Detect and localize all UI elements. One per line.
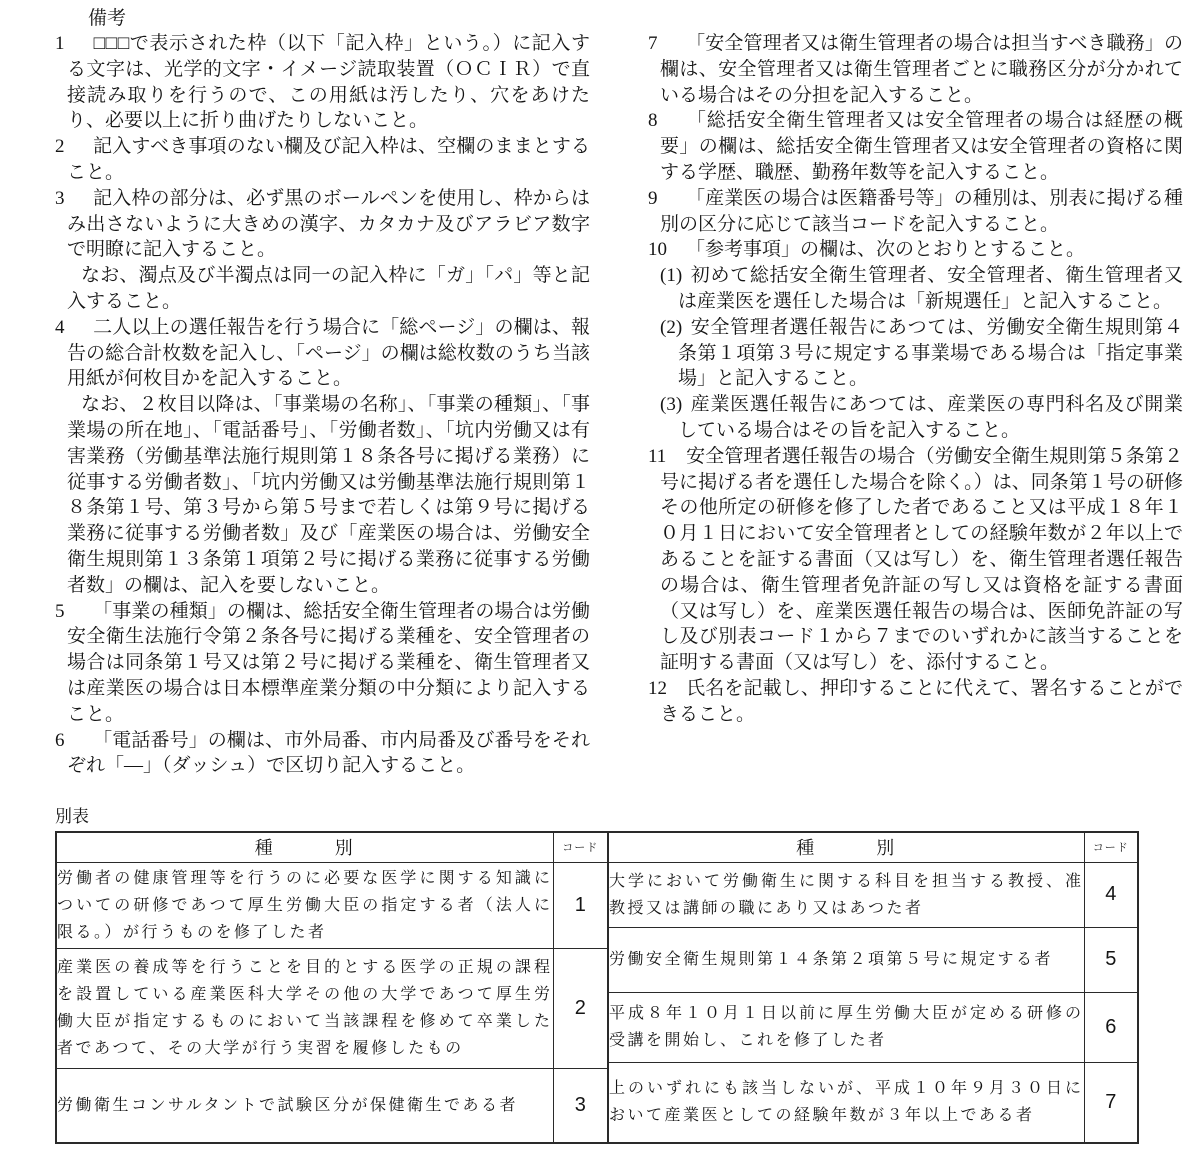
item-number: 2	[55, 134, 93, 160]
note-item-1: 1□□□で表示された枠（以下「記入枠」という。）に記入する文字は、光学的文字・イ…	[55, 31, 590, 134]
appendix-tables: 種 別 コード 労働者の健康管理等を行うのに必要な医学に関する知識についての研修…	[55, 831, 1183, 1144]
item-number: 5	[55, 599, 93, 625]
type-cell: 労働者の健康管理等を行うのに必要な医学に関する知識についての研修であつて厚生労働…	[56, 862, 553, 948]
note-paragraph: 4二人以上の選任報告を行う場合に「総ページ」の欄は、報告の総合計枚数を記入し、「…	[67, 315, 590, 392]
code-cell: 2	[553, 948, 608, 1068]
subitem-text: 安全管理者選任報告にあつては、労働安全衛生規則第４条第１項第３号に規定する事業場…	[678, 317, 1183, 390]
table-row: 労働者の健康管理等を行うのに必要な医学に関する知識についての研修であつて厚生労働…	[56, 862, 608, 948]
table-row: 労働安全衛生規則第１４条第２項第５号に規定する者 5	[608, 927, 1138, 992]
notes-columns: 1□□□で表示された枠（以下「記入枠」という。）に記入する文字は、光学的文字・イ…	[55, 31, 1183, 779]
subitem-number: (1)	[660, 263, 690, 289]
item-text: 安全管理者選任報告の場合（労働安全衛生規則第５条第２号に掲げる者を選任した場合を…	[660, 446, 1183, 673]
item-text: 氏名を記載し、押印することに代えて、署名することができること。	[660, 678, 1183, 725]
column-header-type: 種 別	[56, 832, 553, 862]
note-paragraph: 5「事業の種類」の欄は、総括安全衛生管理者の場合は労働安全衛生法施行令第２条各号…	[67, 599, 590, 728]
note-item-3: 3記入枠の部分は、必ず黒のボールペンを使用し、枠からはみ出さないように大きめの漢…	[55, 186, 590, 315]
note-paragraph: 11安全管理者選任報告の場合（労働安全衛生規則第５条第２号に掲げる者を選任した場…	[660, 444, 1183, 676]
type-cell: 平成８年１０月１日以前に厚生労働大臣が定める研修の受講を開始し、これを修了した者	[608, 992, 1084, 1062]
note-paragraph: 8「総括安全衛生管理者又は安全管理者の場合は経歴の概要」の欄は、総括安全衛生管理…	[660, 108, 1183, 185]
note-item-11: 11安全管理者選任報告の場合（労働安全衛生規則第５条第２号に掲げる者を選任した場…	[648, 444, 1183, 676]
subitem-number: (3)	[660, 392, 690, 418]
note-subitem-2: (2)安全管理者選任報告にあつては、労働安全衛生規則第４条第１項第３号に規定する…	[660, 315, 1183, 392]
item-number: 7	[648, 31, 686, 57]
type-cell: 産業医の養成等を行うことを目的とする医学の正規の課程を設置している産業医科大学そ…	[56, 948, 553, 1068]
table-row: 平成８年１０月１日以前に厚生労働大臣が定める研修の受講を開始し、これを修了した者…	[608, 992, 1138, 1062]
note-paragraph: (2)安全管理者選任報告にあつては、労働安全衛生規則第４条第１項第３号に規定する…	[678, 315, 1183, 392]
note-paragraph: 10「参考事項」の欄は、次のとおりとすること。	[660, 237, 1183, 263]
code-cell: 6	[1084, 992, 1138, 1062]
type-cell: 労働衛生コンサルタントで試験区分が保健衛生である者	[56, 1068, 553, 1143]
note-item-5: 5「事業の種類」の欄は、総括安全衛生管理者の場合は労働安全衛生法施行令第２条各号…	[55, 599, 590, 728]
code-cell: 5	[1084, 927, 1138, 992]
item-text: □□□で表示された枠（以下「記入枠」という。）に記入する文字は、光学的文字・イメ…	[67, 33, 590, 131]
subitem-text: 産業医選任報告にあつては、産業医の専門科名及び開業している場合はその旨を記入する…	[678, 394, 1183, 441]
item-number: 10	[648, 237, 686, 263]
note-paragraph: (1)初めて総括安全衛生管理者、安全管理者、衛生管理者又は産業医を選任した場合は…	[678, 263, 1183, 315]
subitem-text: 初めて総括安全衛生管理者、安全管理者、衛生管理者又は産業医を選任した場合は「新規…	[678, 265, 1183, 312]
note-paragraph: 12氏名を記載し、押印することに代えて、署名することができること。	[660, 676, 1183, 728]
item-text: 「電話番号」の欄は、市外局番、市内局番及び番号をそれぞれ「―」（ダッシュ）で区切…	[67, 730, 590, 777]
item-number: 8	[648, 108, 686, 134]
note-paragraph: 2記入すべき事項のない欄及び記入枠は、空欄のままとすること。	[67, 134, 590, 186]
table-row: 大学において労働衛生に関する科目を担当する教授、准教授又は講師の職にあり又はあつ…	[608, 862, 1138, 927]
table-header-row: 種 別 コード	[56, 832, 608, 862]
note-paragraph: 3記入枠の部分は、必ず黒のボールペンを使用し、枠からはみ出さないように大きめの漢…	[67, 186, 590, 263]
type-cell: 大学において労働衛生に関する科目を担当する教授、准教授又は講師の職にあり又はあつ…	[608, 862, 1084, 927]
note-item-10: 10「参考事項」の欄は、次のとおりとすること。 (1)初めて総括安全衛生管理者、…	[648, 237, 1183, 443]
note-subitem-1: (1)初めて総括安全衛生管理者、安全管理者、衛生管理者又は産業医を選任した場合は…	[660, 263, 1183, 315]
item-number: 4	[55, 315, 93, 341]
note-paragraph: なお、２枚目以降は、「事業場の名称」、「事業の種類」、「事業場の所在地」、「電話…	[67, 392, 590, 598]
note-paragraph: (3)産業医選任報告にあつては、産業医の専門科名及び開業している場合はその旨を記…	[678, 392, 1183, 444]
note-subitem-3: (3)産業医選任報告にあつては、産業医の専門科名及び開業している場合はその旨を記…	[660, 392, 1183, 444]
note-paragraph: 1□□□で表示された枠（以下「記入枠」という。）に記入する文字は、光学的文字・イ…	[67, 31, 590, 134]
appendix-section: 別表 種 別 コード 労働者の健康管理等を行うのに必要な医学に関する知識について…	[55, 805, 1183, 1144]
column-header-type: 種 別	[608, 832, 1084, 862]
column-header-code: コード	[1084, 832, 1138, 862]
note-paragraph: 6「電話番号」の欄は、市外局番、市内局番及び番号をそれぞれ「―」（ダッシュ）で区…	[67, 728, 590, 780]
code-cell: 3	[553, 1068, 608, 1143]
note-paragraph: 7「安全管理者又は衛生管理者の場合は担当すべき職務」の欄は、安全管理者又は衛生管…	[660, 31, 1183, 108]
notes-left-column: 1□□□で表示された枠（以下「記入枠」という。）に記入する文字は、光学的文字・イ…	[55, 31, 590, 779]
item-text: 二人以上の選任報告を行う場合に「総ページ」の欄は、報告の総合計枚数を記入し、「ペ…	[67, 317, 590, 390]
notes-right-column: 7「安全管理者又は衛生管理者の場合は担当すべき職務」の欄は、安全管理者又は衛生管…	[648, 31, 1183, 728]
table-row: 労働衛生コンサルタントで試験区分が保健衛生である者 3	[56, 1068, 608, 1143]
item-text: 記入すべき事項のない欄及び記入枠は、空欄のままとすること。	[67, 136, 590, 183]
note-item-6: 6「電話番号」の欄は、市外局番、市内局番及び番号をそれぞれ「―」（ダッシュ）で区…	[55, 728, 590, 780]
note-item-7: 7「安全管理者又は衛生管理者の場合は担当すべき職務」の欄は、安全管理者又は衛生管…	[648, 31, 1183, 108]
code-cell: 1	[553, 862, 608, 948]
notes-title: 備考	[55, 6, 1183, 31]
note-item-2: 2記入すべき事項のない欄及び記入枠は、空欄のままとすること。	[55, 134, 590, 186]
column-header-code: コード	[553, 832, 608, 862]
item-text: 「安全管理者又は衛生管理者の場合は担当すべき職務」の欄は、安全管理者又は衛生管理…	[660, 33, 1183, 106]
type-cell: 上のいずれにも該当しないが、平成１０年９月３０日において産業医としての経験年数が…	[608, 1062, 1084, 1143]
item-number: 12	[648, 676, 686, 702]
item-number: 6	[55, 728, 93, 754]
code-cell: 7	[1084, 1062, 1138, 1143]
note-item-4: 4二人以上の選任報告を行う場合に「総ページ」の欄は、報告の総合計枚数を記入し、「…	[55, 315, 590, 599]
appendix-label: 別表	[55, 805, 1183, 829]
note-item-12: 12氏名を記載し、押印することに代えて、署名することができること。	[648, 676, 1183, 728]
note-paragraph: 9「産業医の場合は医籍番号等」の種別は、別表に掲げる種別の区分に応じて該当コード…	[660, 186, 1183, 238]
item-text: 「事業の種類」の欄は、総括安全衛生管理者の場合は労働安全衛生法施行令第２条各号に…	[67, 601, 590, 725]
code-cell: 4	[1084, 862, 1138, 927]
item-number: 9	[648, 186, 686, 212]
note-item-8: 8「総括安全衛生管理者又は安全管理者の場合は経歴の概要」の欄は、総括安全衛生管理…	[648, 108, 1183, 185]
table-header-row: 種 別 コード	[608, 832, 1138, 862]
item-number: 11	[648, 444, 686, 470]
table-row: 産業医の養成等を行うことを目的とする医学の正規の課程を設置している産業医科大学そ…	[56, 948, 608, 1068]
item-text: 「参考事項」の欄は、次のとおりとすること。	[686, 239, 1085, 260]
subitem-number: (2)	[660, 315, 690, 341]
item-number: 1	[55, 31, 93, 57]
item-text: 「産業医の場合は医籍番号等」の種別は、別表に掲げる種別の区分に応じて該当コードを…	[660, 188, 1183, 235]
appendix-table-right: 種 別 コード 大学において労働衛生に関する科目を担当する教授、准教授又は講師の…	[607, 831, 1139, 1144]
table-row: 上のいずれにも該当しないが、平成１０年９月３０日において産業医としての経験年数が…	[608, 1062, 1138, 1143]
appendix-table-left: 種 別 コード 労働者の健康管理等を行うのに必要な医学に関する知識についての研修…	[55, 831, 609, 1144]
note-paragraph: なお、濁点及び半濁点は同一の記入枠に「ガ」「パ」等と記入すること。	[67, 263, 590, 315]
document-page: 備考 1□□□で表示された枠（以下「記入枠」という。）に記入する文字は、光学的文…	[0, 0, 1200, 1144]
item-text: 記入枠の部分は、必ず黒のボールペンを使用し、枠からはみ出さないように大きめの漢字…	[67, 188, 590, 261]
item-text: 「総括安全衛生管理者又は安全管理者の場合は経歴の概要」の欄は、総括安全衛生管理者…	[660, 110, 1183, 183]
type-cell: 労働安全衛生規則第１４条第２項第５号に規定する者	[608, 927, 1084, 992]
note-item-9: 9「産業医の場合は医籍番号等」の種別は、別表に掲げる種別の区分に応じて該当コード…	[648, 186, 1183, 238]
item-number: 3	[55, 186, 93, 212]
